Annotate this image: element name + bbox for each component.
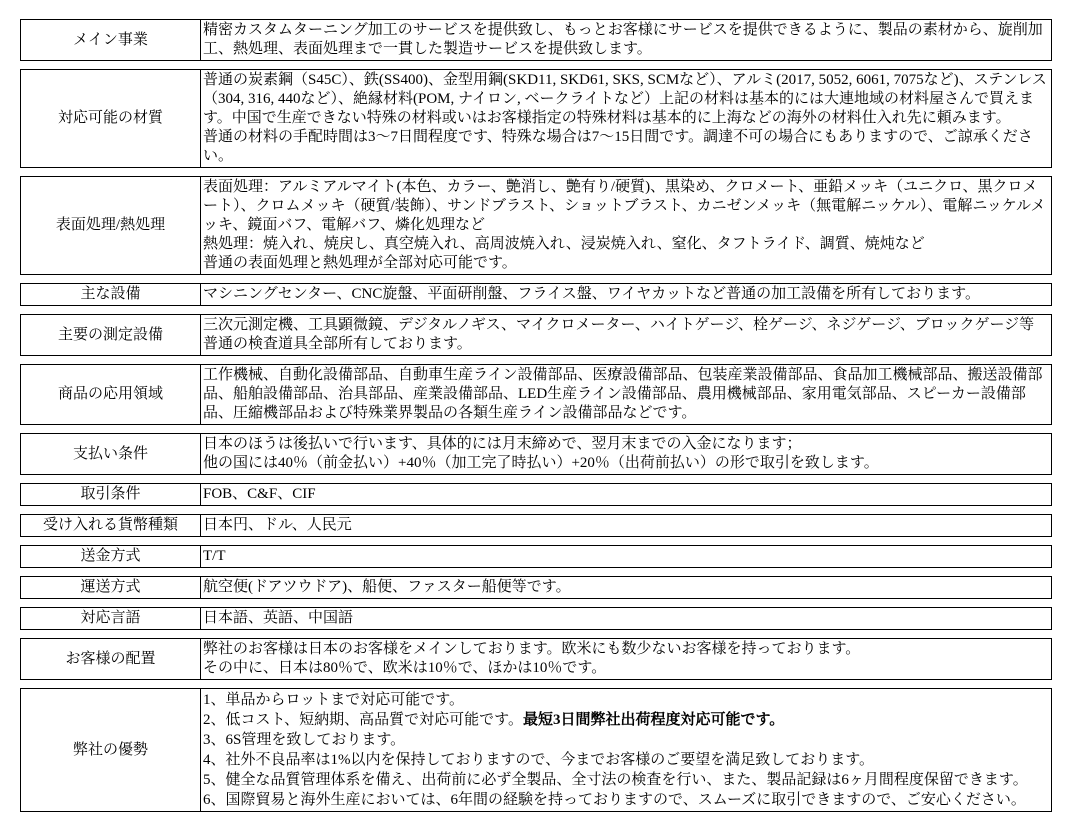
paragraph: 工作機械、自動化設備部品、自動車生産ライン設備部品、医療設備部品、包装産業設備部… xyxy=(203,366,1049,423)
paragraph: 表面処理：アルミアルマイト(本色、カラー、艶消し、艶有り/硬質)、黒染め、クロメ… xyxy=(203,178,1049,235)
company-info-table: メイン事業精密カスタムターニング加工のサービスを提供致し、もっとお客様にサービス… xyxy=(20,19,1052,812)
paragraph: 普通の表面処理と熱処理が全部対応可能です。 xyxy=(203,254,1049,273)
info-row: 表面処理/熱処理表面処理：アルミアルマイト(本色、カラー、艶消し、艶有り/硬質)… xyxy=(21,177,1052,275)
paragraph: その中に、日本は80％で、欧米は10％で、ほかは10％です。 xyxy=(203,659,1049,678)
paragraph: 5、健全な品質管理体系を備え、出荷前に必ず全製品、全寸法の検査を行い、また、製品… xyxy=(203,770,1049,790)
paragraph-text: 2、低コスト、短納期、高品質で対応可能です。 xyxy=(203,712,523,728)
paragraph: FOB、C&F、CIF xyxy=(203,485,1049,504)
row-label: 商品の応用領域 xyxy=(21,365,201,425)
spacer-row xyxy=(21,599,1052,608)
paragraph-text: 航空便(ドアツウドア)、船便、ファスター船便等です。 xyxy=(203,579,571,595)
paragraph-text: マシニングセンター、CNC旋盤、平面研削盤、フライス盤、ワイヤカットなど普通の加… xyxy=(203,286,980,302)
info-row: 主な設備マシニングセンター、CNC旋盤、平面研削盤、フライス盤、ワイヤカットなど… xyxy=(21,284,1052,306)
paragraph-text: 工作機械、自動化設備部品、自動車生産ライン設備部品、医療設備部品、包装産業設備部… xyxy=(203,367,1043,421)
spacer-row xyxy=(21,356,1052,365)
row-label: 受け入れる貨幣種類 xyxy=(21,515,201,537)
row-content: 日本語、英語、中国語 xyxy=(201,608,1052,630)
paragraph: T/T xyxy=(203,547,1049,566)
spacer-row xyxy=(21,61,1052,70)
row-label: 対応言語 xyxy=(21,608,201,630)
info-row: 商品の応用領域工作機械、自動化設備部品、自動車生産ライン設備部品、医療設備部品、… xyxy=(21,365,1052,425)
row-label: 取引条件 xyxy=(21,484,201,506)
row-label: 主要の測定設備 xyxy=(21,315,201,356)
page: メイン事業精密カスタムターニング加工のサービスを提供致し、もっとお客様にサービス… xyxy=(0,0,1072,834)
spacer-cell xyxy=(21,680,1052,689)
paragraph: 熱処理：焼入れ、焼戻し、真空焼入れ、高周波焼入れ、浸炭焼入れ、窒化、タフトライド… xyxy=(203,235,1049,254)
row-content: 精密カスタムターニング加工のサービスを提供致し、もっとお客様にサービスを提供でき… xyxy=(201,20,1052,61)
row-content: 日本円、ドル、人民元 xyxy=(201,515,1052,537)
spacer-row xyxy=(21,568,1052,577)
paragraph: 弊社のお客様は日本のお客様をメインしております。欧米にも数少ないお客様を持ってお… xyxy=(203,640,1049,659)
info-row: 送金方式T/T xyxy=(21,546,1052,568)
paragraph-text: 普通の表面処理と熱処理が全部対応可能です。 xyxy=(203,255,517,271)
spacer-row xyxy=(21,168,1052,177)
paragraph: 6、国際貿易と海外生産においては、6年間の経験を持っておりますので、スムーズに取… xyxy=(203,790,1049,810)
paragraph-text: 普通の材料の手配時間は3～7日間程度です、特殊な場合は7～15日間です。調達不可… xyxy=(203,129,1033,164)
paragraph-text: その中に、日本は80％で、欧米は10％で、ほかは10％です。 xyxy=(203,660,606,676)
paragraph-text: 1、単品からロットまで対応可能です。 xyxy=(203,692,464,708)
row-content: 三次元測定機、工具顕微鏡、デジタルノギス、マイクロメーター、ハイトゲージ、栓ゲー… xyxy=(201,315,1052,356)
row-label: 支払い条件 xyxy=(21,434,201,475)
spacer-row xyxy=(21,630,1052,639)
paragraph-text: 日本円、ドル、人民元 xyxy=(203,517,352,533)
paragraph: 3、6S管理を致しております。 xyxy=(203,730,1049,750)
paragraph-text: 熱処理：焼入れ、焼戻し、真空焼入れ、高周波焼入れ、浸炭焼入れ、窒化、タフトライド… xyxy=(203,236,925,252)
row-content: 普通の炭素鋼（S45C）、鉄(SS400)、金型用鋼(SKD11, SKD61,… xyxy=(201,70,1052,168)
row-content: 工作機械、自動化設備部品、自動車生産ライン設備部品、医療設備部品、包装産業設備部… xyxy=(201,365,1052,425)
info-row: 弊社の優勢1、単品からロットまで対応可能です。2、低コスト、短納期、高品質で対応… xyxy=(21,689,1052,812)
spacer-row xyxy=(21,275,1052,284)
info-row: 受け入れる貨幣種類日本円、ドル、人民元 xyxy=(21,515,1052,537)
row-content: 弊社のお客様は日本のお客様をメインしております。欧米にも数少ないお客様を持ってお… xyxy=(201,639,1052,680)
info-row: 運送方式航空便(ドアツウドア)、船便、ファスター船便等です。 xyxy=(21,577,1052,599)
company-info-table-body: メイン事業精密カスタムターニング加工のサービスを提供致し、もっとお客様にサービス… xyxy=(21,20,1052,812)
info-row: 対応言語日本語、英語、中国語 xyxy=(21,608,1052,630)
spacer-cell xyxy=(21,599,1052,608)
row-content: マシニングセンター、CNC旋盤、平面研削盤、フライス盤、ワイヤカットなど普通の加… xyxy=(201,284,1052,306)
spacer-cell xyxy=(21,506,1052,515)
row-label: メイン事業 xyxy=(21,20,201,61)
paragraph-text: 日本語、英語、中国語 xyxy=(203,610,353,626)
row-label: 対応可能の材質 xyxy=(21,70,201,168)
paragraph-text: 他の国には40％（前金払い）+40％（加工完了時払い）+20％（出荷前払い）の形… xyxy=(203,455,879,471)
paragraph: 航空便(ドアツウドア)、船便、ファスター船便等です。 xyxy=(203,578,1049,597)
row-label: 送金方式 xyxy=(21,546,201,568)
spacer-row xyxy=(21,537,1052,546)
paragraph-text: 4、社外不良品率は1%以内を保持しておりますので、今までお客様のご要望を満足致し… xyxy=(203,752,874,768)
paragraph: 他の国には40％（前金払い）+40％（加工完了時払い）+20％（出荷前払い）の形… xyxy=(203,454,1049,473)
paragraph: 普通の材料の手配時間は3～7日間程度です、特殊な場合は7～15日間です。調達不可… xyxy=(203,128,1049,166)
row-label: 表面処理/熱処理 xyxy=(21,177,201,275)
paragraph: マシニングセンター、CNC旋盤、平面研削盤、フライス盤、ワイヤカットなど普通の加… xyxy=(203,285,1049,304)
paragraph-text: 表面処理：アルミアルマイト(本色、カラー、艶消し、艶有り/硬質)、黒染め、クロメ… xyxy=(203,179,1046,233)
spacer-row xyxy=(21,306,1052,315)
paragraph-text: 三次元測定機、工具顕微鏡、デジタルノギス、マイクロメーター、ハイトゲージ、栓ゲー… xyxy=(203,317,1034,352)
paragraph-text: 日本のほうは後払いで行います、具体的には月末締めで、翌月末までの入金になります； xyxy=(203,436,802,452)
paragraph: 三次元測定機、工具顕微鏡、デジタルノギス、マイクロメーター、ハイトゲージ、栓ゲー… xyxy=(203,316,1049,354)
info-row: 支払い条件日本のほうは後払いで行います、具体的には月末締めで、翌月末までの入金に… xyxy=(21,434,1052,475)
info-row: 取引条件FOB、C&F、CIF xyxy=(21,484,1052,506)
row-content: T/T xyxy=(201,546,1052,568)
row-content: 日本のほうは後払いで行います、具体的には月末締めで、翌月末までの入金になります；… xyxy=(201,434,1052,475)
row-label: 弊社の優勢 xyxy=(21,689,201,812)
spacer-cell xyxy=(21,356,1052,365)
info-row: 対応可能の材質普通の炭素鋼（S45C）、鉄(SS400)、金型用鋼(SKD11,… xyxy=(21,70,1052,168)
info-row: メイン事業精密カスタムターニング加工のサービスを提供致し、もっとお客様にサービス… xyxy=(21,20,1052,61)
paragraph-text: FOB、C&F、CIF xyxy=(203,486,316,502)
info-row: お客様の配置弊社のお客様は日本のお客様をメインしております。欧米にも数少ないお客… xyxy=(21,639,1052,680)
spacer-cell xyxy=(21,275,1052,284)
row-content: 1、単品からロットまで対応可能です。2、低コスト、短納期、高品質で対応可能です。… xyxy=(201,689,1052,812)
spacer-cell xyxy=(21,168,1052,177)
spacer-row xyxy=(21,506,1052,515)
paragraph: 1、単品からロットまで対応可能です。 xyxy=(203,690,1049,710)
paragraph-text: T/T xyxy=(203,548,226,564)
row-label: お客様の配置 xyxy=(21,639,201,680)
paragraph: 普通の炭素鋼（S45C）、鉄(SS400)、金型用鋼(SKD11, SKD61,… xyxy=(203,71,1049,128)
info-row: 主要の測定設備三次元測定機、工具顕微鏡、デジタルノギス、マイクロメーター、ハイト… xyxy=(21,315,1052,356)
paragraph: 日本のほうは後払いで行います、具体的には月末締めで、翌月末までの入金になります； xyxy=(203,435,1049,454)
spacer-cell xyxy=(21,61,1052,70)
row-label: 運送方式 xyxy=(21,577,201,599)
paragraph: 4、社外不良品率は1%以内を保持しておりますので、今までお客様のご要望を満足致し… xyxy=(203,750,1049,770)
spacer-cell xyxy=(21,425,1052,434)
row-content: 表面処理：アルミアルマイト(本色、カラー、艶消し、艶有り/硬質)、黒染め、クロメ… xyxy=(201,177,1052,275)
spacer-row xyxy=(21,680,1052,689)
paragraph: 日本語、英語、中国語 xyxy=(203,609,1049,628)
paragraph-text: 6、国際貿易と海外生産においては、6年間の経験を持っておりますので、スムーズに取… xyxy=(203,792,1026,808)
spacer-row xyxy=(21,475,1052,484)
row-content: FOB、C&F、CIF xyxy=(201,484,1052,506)
paragraph-text: 3、6S管理を致しております。 xyxy=(203,732,405,748)
spacer-cell xyxy=(21,537,1052,546)
bold-highlight: 最短3日間弊社出荷程度対応可能です。 xyxy=(523,712,784,728)
paragraph-text: 弊社のお客様は日本のお客様をメインしております。欧米にも数少ないお客様を持ってお… xyxy=(203,641,860,657)
row-label: 主な設備 xyxy=(21,284,201,306)
spacer-cell xyxy=(21,568,1052,577)
paragraph-text: 普通の炭素鋼（S45C）、鉄(SS400)、金型用鋼(SKD11, SKD61,… xyxy=(203,72,1047,126)
paragraph-text: 5、健全な品質管理体系を備え、出荷前に必ず全製品、全寸法の検査を行い、また、製品… xyxy=(203,772,1028,788)
spacer-row xyxy=(21,425,1052,434)
spacer-cell xyxy=(21,630,1052,639)
paragraph: 日本円、ドル、人民元 xyxy=(203,516,1049,535)
spacer-cell xyxy=(21,475,1052,484)
paragraph-text: 精密カスタムターニング加工のサービスを提供致し、もっとお客様にサービスを提供でき… xyxy=(203,22,1043,57)
row-content: 航空便(ドアツウドア)、船便、ファスター船便等です。 xyxy=(201,577,1052,599)
paragraph: 精密カスタムターニング加工のサービスを提供致し、もっとお客様にサービスを提供でき… xyxy=(203,21,1049,59)
paragraph: 2、低コスト、短納期、高品質で対応可能です。最短3日間弊社出荷程度対応可能です。 xyxy=(203,710,1049,730)
spacer-cell xyxy=(21,306,1052,315)
